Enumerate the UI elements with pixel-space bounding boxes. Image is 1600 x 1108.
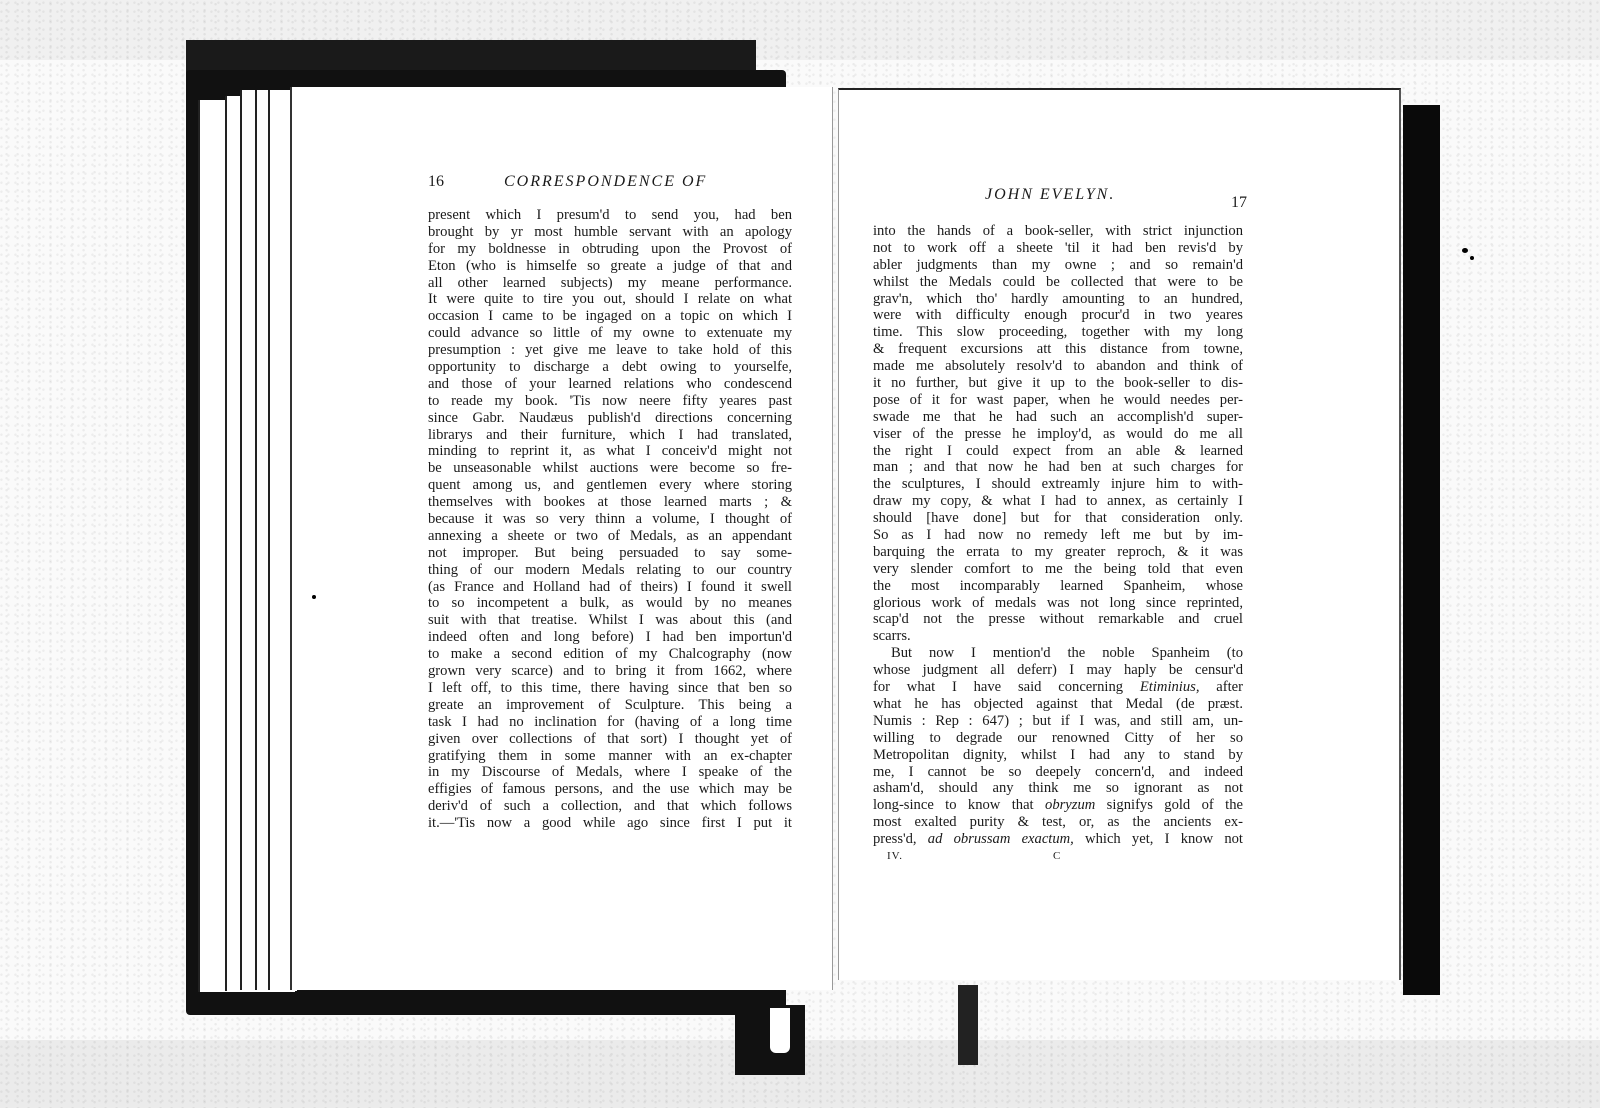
text-run: for what I have said concerning bbox=[873, 679, 1140, 695]
text-line: made me absolutely resolv'd to abandon a… bbox=[873, 358, 1243, 375]
text-line: (as France and Holland had of theirs) I … bbox=[428, 579, 792, 596]
text-line: annexing a sheete or two of Medals, as a… bbox=[428, 528, 792, 545]
text-line: draw my copy, & what I had to annex, as … bbox=[873, 493, 1243, 510]
text-run: press'd, bbox=[873, 831, 928, 847]
text-line: librarys and their furniture, which I ha… bbox=[428, 427, 792, 444]
right-page: JOHN EVELYN. 17 into the hands of a book… bbox=[838, 88, 1401, 980]
page-number: 17 bbox=[1231, 194, 1247, 212]
signature-volume: IV. bbox=[887, 850, 903, 862]
body-text: into the hands of a book-seller, with st… bbox=[873, 223, 1243, 848]
text-line: minding to reprint it, as what I conceiv… bbox=[428, 443, 792, 460]
text-line: for my boldnesse in obtruding upon the P… bbox=[428, 241, 792, 258]
text-line: long-since to know that obryzum signifys… bbox=[873, 797, 1243, 814]
text-run: after bbox=[1199, 679, 1243, 695]
text-line: all other learned subjects) my meane per… bbox=[428, 275, 792, 292]
text-line: thing of our modern Medals relating to o… bbox=[428, 562, 792, 579]
text-line: barquing the errata to my greater reproc… bbox=[873, 544, 1243, 561]
text-line: to reade my book. 'Tis now neere fifty y… bbox=[428, 393, 792, 410]
text-line: into the hands of a book-seller, with st… bbox=[873, 223, 1243, 240]
text-line: task I had no inclination for (having of… bbox=[428, 714, 792, 731]
text-line: in my Discourse of Medals, where I speak… bbox=[428, 764, 792, 781]
text-line: gratifying them in some manner with an e… bbox=[428, 748, 792, 765]
text-line: could advance so little of my owne to ex… bbox=[428, 325, 792, 342]
text-line: grav'n, which tho' hardly amounting to a… bbox=[873, 291, 1243, 308]
text-line: the sculptures, I should extreamly injur… bbox=[873, 476, 1243, 493]
text-line: pose of it for wast paper, when he would… bbox=[873, 392, 1243, 409]
text-line: deriv'd of such a collection, and that w… bbox=[428, 798, 792, 815]
running-head: CORRESPONDENCE OF bbox=[504, 173, 707, 191]
text-line: whose judgment all deferr) I may haply b… bbox=[873, 662, 1243, 679]
text-line: glorious work of medals was not long sin… bbox=[873, 595, 1243, 612]
scan-speck bbox=[1470, 256, 1474, 260]
scan-speck bbox=[1462, 248, 1468, 253]
text-line: not improper. But being persuaded to say… bbox=[428, 545, 792, 562]
text-line: not to work off a sheete 'til it had ben… bbox=[873, 240, 1243, 257]
text-run: which yet, I know not bbox=[1074, 831, 1243, 847]
text-line: Numis : Rep : 647) ; but if I was, and s… bbox=[873, 713, 1243, 730]
text-line: for what I have said concerning Etiminiu… bbox=[873, 679, 1243, 696]
text-line: it.—'Tis now a good while ago since firs… bbox=[428, 815, 792, 832]
text-line: were with difficulty enough procur'd in … bbox=[873, 307, 1243, 324]
text-line: brought by yr most humble servant with a… bbox=[428, 224, 792, 241]
text-line: what he has objected against that Medal … bbox=[873, 696, 1243, 713]
text-line: opportunity to discharge a debt owing to… bbox=[428, 359, 792, 376]
text-line: willing to degrade our renowned Citty of… bbox=[873, 730, 1243, 747]
text-line: themselves with bookes at those learned … bbox=[428, 494, 792, 511]
book-cover-bottom-shadow bbox=[958, 985, 978, 1065]
text-line: whilst the Medals could be collected tha… bbox=[873, 274, 1243, 291]
text-line: occasion I came to be ingaged on a topic… bbox=[428, 308, 792, 325]
text-line: me, I cannot be so deepely concern'd, an… bbox=[873, 764, 1243, 781]
text-line: to make a second edition of my Chalcogra… bbox=[428, 646, 792, 663]
scan-speck bbox=[312, 595, 316, 599]
text-line: Eton (who is himselfe so greate a judge … bbox=[428, 258, 792, 275]
text-line: time. This slow proceeding, together wit… bbox=[873, 324, 1243, 341]
text-line: it no further, but give it up to the boo… bbox=[873, 375, 1243, 392]
text-line: the right I could expect from an able & … bbox=[873, 443, 1243, 460]
text-line: presumption : yet give me leave to take … bbox=[428, 342, 792, 359]
book-cover-clasp-inner bbox=[770, 1008, 790, 1053]
italic-term: Etiminius, bbox=[1140, 679, 1200, 695]
text-line: scap'd not the presse without remarkable… bbox=[873, 611, 1243, 628]
text-line: asham'd, should any think me so ignorant… bbox=[873, 780, 1243, 797]
text-line: & frequent excursions att this distance … bbox=[873, 341, 1243, 358]
text-line: most exalted purity & test, or, as the a… bbox=[873, 814, 1243, 831]
text-line: man ; and that now he had ben at such ch… bbox=[873, 459, 1243, 476]
signature-letter: C bbox=[1053, 850, 1061, 862]
text-line: because it was so very thinn a volume, I… bbox=[428, 511, 792, 528]
text-line: abler judgments than my owne ; and so re… bbox=[873, 257, 1243, 274]
text-line: indeed often and long before) I had ben … bbox=[428, 629, 792, 646]
text-line: scarrs. bbox=[873, 628, 1243, 645]
text-line: to so incompetent a bulk, as would by no… bbox=[428, 595, 792, 612]
page-number: 16 bbox=[428, 173, 444, 191]
text-line: But now I mention'd the noble Spanheim (… bbox=[873, 645, 1243, 662]
text-line: suit with that treatise. Whilst I was ab… bbox=[428, 612, 792, 629]
running-head: JOHN EVELYN. bbox=[985, 186, 1115, 204]
text-line: given over collections of that sort) I t… bbox=[428, 731, 792, 748]
text-line: swade me that he had such an accomplish'… bbox=[873, 409, 1243, 426]
text-line: viser of the presse he imploy'd, as woul… bbox=[873, 426, 1243, 443]
text-line: the most incomparably learned Spanheim, … bbox=[873, 578, 1243, 595]
text-line: It were quite to tire you out, should I … bbox=[428, 291, 792, 308]
text-line: since Gabr. Naudæus publish'd directions… bbox=[428, 410, 792, 427]
text-line: should [have done] but for that consider… bbox=[873, 510, 1243, 527]
text-line: press'd, ad obrussam exactum, which yet,… bbox=[873, 831, 1243, 848]
book-cover-right-edge bbox=[1403, 105, 1440, 995]
text-line: Metropolitan dignity, whilst I had any t… bbox=[873, 747, 1243, 764]
text-line: very slender comfort to me the being tol… bbox=[873, 561, 1243, 578]
italic-term: obryzum bbox=[1045, 797, 1095, 813]
text-run: signifys gold of the bbox=[1095, 797, 1243, 813]
left-page: 16 CORRESPONDENCE OF present which I pre… bbox=[290, 87, 833, 990]
text-line: I left off, to this time, there having s… bbox=[428, 680, 792, 697]
text-line: present which I presum'd to send you, ha… bbox=[428, 207, 792, 224]
text-line: So as I had now no remedy left me but by… bbox=[873, 527, 1243, 544]
text-line: be unseasonable whilst auctions were bec… bbox=[428, 460, 792, 477]
italic-term: ad obrussam exactum, bbox=[928, 831, 1074, 847]
text-line: greate an improvement of Sculpture. This… bbox=[428, 697, 792, 714]
text-line: effigies of famous persons, and the use … bbox=[428, 781, 792, 798]
text-line: grown very scarce) and to bring it from … bbox=[428, 663, 792, 680]
body-text: present which I presum'd to send you, ha… bbox=[428, 207, 792, 832]
text-line: and those of your learned relations who … bbox=[428, 376, 792, 393]
text-line: quent among us, and gentlemen every wher… bbox=[428, 477, 792, 494]
text-run: long-since to know that bbox=[873, 797, 1045, 813]
